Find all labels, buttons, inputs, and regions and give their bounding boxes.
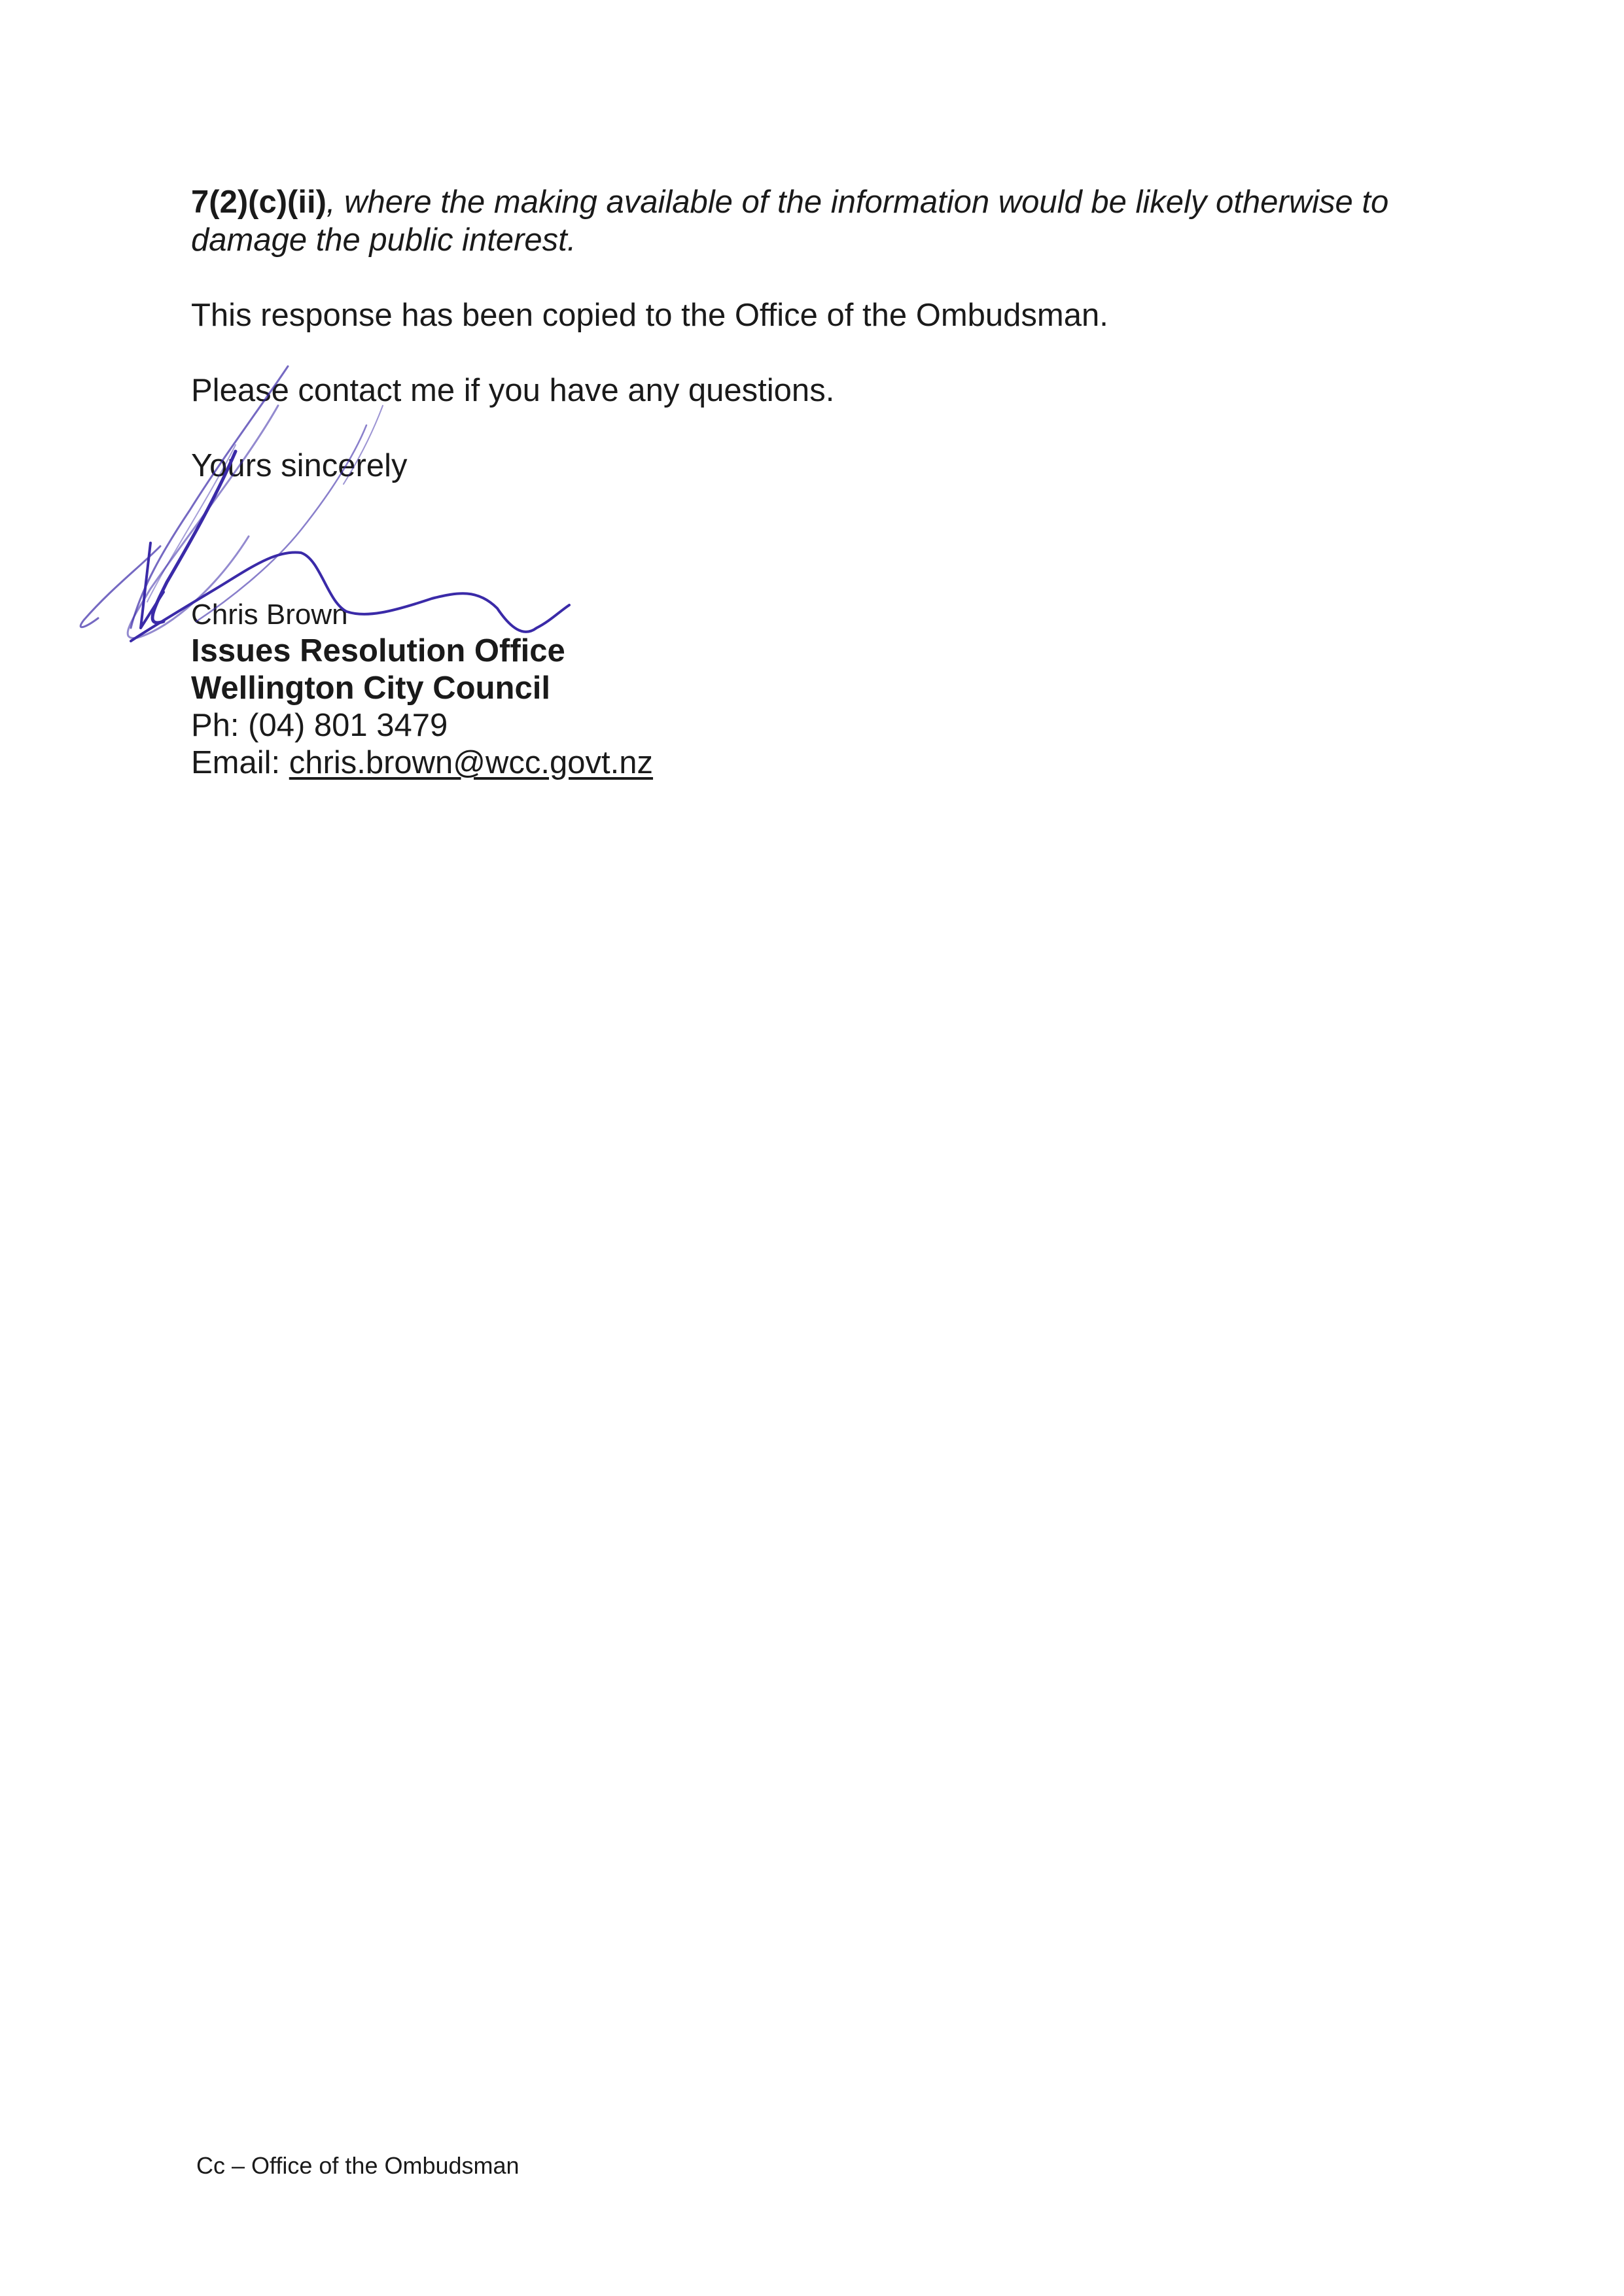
signatory-organisation: Wellington City Council [191,672,550,704]
cc-line: Cc – Office of the Ombudsman [196,2154,520,2178]
signatory-name: Chris Brown [191,600,348,629]
paragraph-line-2: damage the public interest. [191,224,576,256]
signatory-email: Email: chris.brown@wcc.govt.nz [191,747,653,779]
contact-request: Please contact me if you have any questi… [191,375,834,407]
signatory-phone: Ph: (04) 801 3479 [191,710,448,742]
phone-number: (04) 801 3479 [248,708,448,743]
letter-page: 7(2)(c)(ii), where the making available … [0,0,1624,2296]
copied-notice: This response has been copied to the Off… [191,300,1108,332]
handwritten-signature-icon [0,0,1624,2296]
signatory-office: Issues Resolution Office [191,635,565,667]
paragraph-line-1: 7(2)(c)(ii), where the making available … [191,186,1388,218]
email-link[interactable]: chris.brown@wcc.govt.nz [289,745,653,780]
phone-label: Ph: [191,708,248,743]
email-label: Email: [191,745,289,780]
paragraph-text: , where the making available of the info… [327,184,1388,220]
section-reference: 7(2)(c)(ii) [191,184,327,220]
sign-off: Yours sincerely [191,450,407,482]
